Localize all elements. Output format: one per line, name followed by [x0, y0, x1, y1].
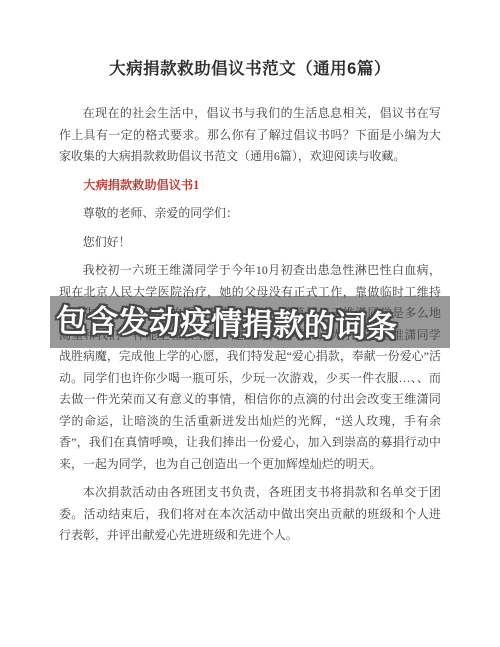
document-page: 大病捐款救助倡议书范文（通用6篇） 在现在的社会生活中，倡议书与我们的生活息息相… [0, 0, 500, 647]
body-paragraph-2: 本次捐款活动由各班团支书负责，各班团支书将捐款和名单交于团委。活动结束后，我们将… [59, 482, 441, 547]
intro-paragraph: 在现在的社会生活中，倡议书与我们的生活息息相关，倡议书在写作上具有一定的格式要求… [59, 103, 441, 168]
watermark-caption: 包含发动疫情捐款的词条 [56, 301, 457, 349]
body-paragraph-1: 我校初一六班王维潇同学于今年10月初查出患急性淋巴性白血病，现在北京人民大学医院… [59, 260, 441, 475]
section-heading: 大病捐款救助倡议书1 [59, 175, 441, 197]
salutation-line: 尊敬的老师、亲爱的同学们： [59, 203, 441, 225]
greeting-line: 您们好！ [59, 232, 441, 254]
page-title: 大病捐款救助倡议书范文（通用6篇） [59, 58, 441, 80]
